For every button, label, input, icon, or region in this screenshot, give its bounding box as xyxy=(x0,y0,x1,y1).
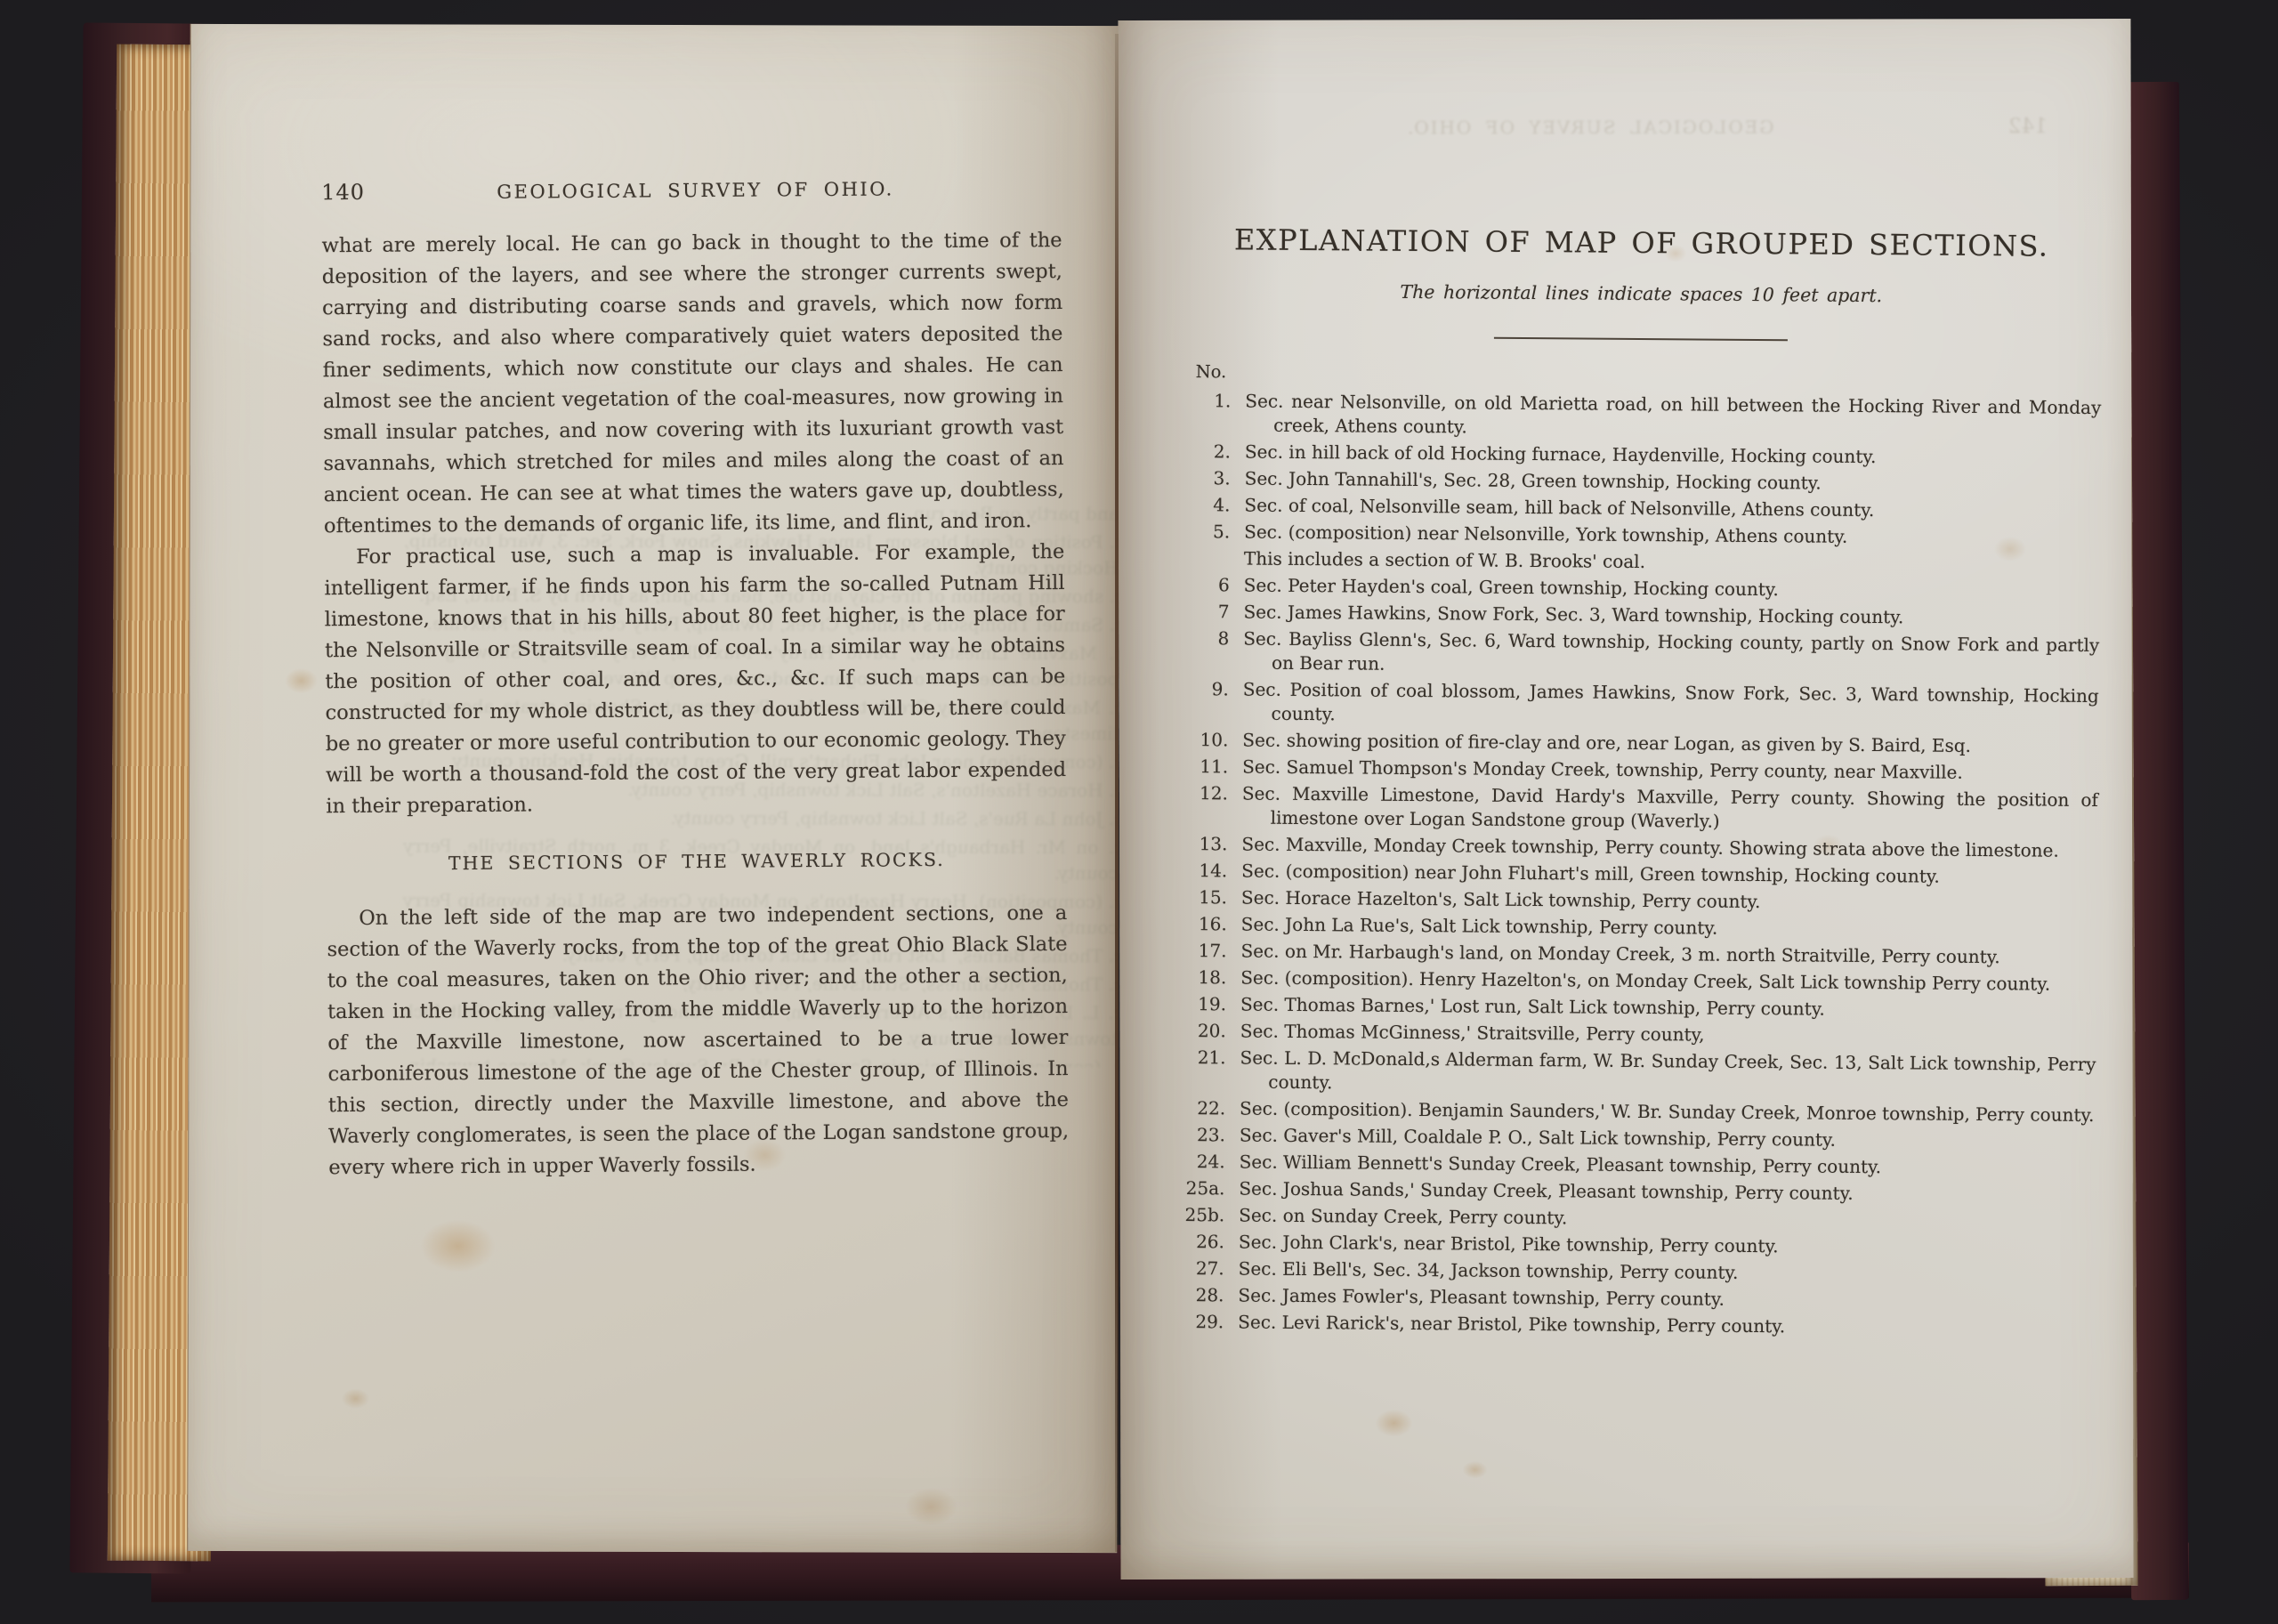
item-text: Sec. (composition). Henry Hazelton's, on… xyxy=(1240,966,2096,997)
item-text: Sec. L. D. McDonald,s Alderman farm, W. … xyxy=(1240,1046,2096,1101)
item-text: Sec. Joshua Sands,' Sunday Creek, Pleasa… xyxy=(1239,1176,2095,1208)
item-number: 4. xyxy=(1178,493,1230,517)
item-number: 6 xyxy=(1178,573,1230,597)
item-number: 23. xyxy=(1174,1123,1225,1147)
item-number: 13. xyxy=(1175,832,1227,856)
item-text: Sec. on Sunday Creek, Perry county. xyxy=(1239,1203,2095,1234)
item-number xyxy=(1178,546,1230,570)
item-number: 14. xyxy=(1175,859,1227,883)
item-text: Sec. Maxville Limestone, David Hardy's M… xyxy=(1242,781,2098,836)
list-item: 3. Sec. John Tannahill's, Sec. 28, Green… xyxy=(1179,466,2101,497)
paragraph: On the left side of the map are two inde… xyxy=(327,898,1069,1184)
list-item: 28. Sec. James Fowler's, Pleasant townsh… xyxy=(1172,1283,2094,1314)
list-item: 26. Sec. John Clark's, near Bristol, Pik… xyxy=(1173,1230,2095,1261)
list-item: 5. Sec. (composition) near Nelsonville, … xyxy=(1178,520,2100,551)
ghost-running-head: GEOLOGICAL SURVEY OF OHIO. xyxy=(1172,116,2008,139)
book-gutter xyxy=(1115,34,1119,1552)
item-number: 29. xyxy=(1172,1310,1224,1334)
item-number: 27. xyxy=(1173,1256,1224,1281)
item-number: 28. xyxy=(1172,1283,1224,1307)
item-number: 22. xyxy=(1174,1096,1225,1120)
paragraph: For practical use, such a map is invalua… xyxy=(324,537,1066,822)
item-number: 20. xyxy=(1175,1019,1226,1043)
list-item: 21. Sec. L. D. McDonald,s Alderman farm,… xyxy=(1174,1046,2096,1101)
list-item: 24. Sec. William Bennett's Sunday Creek,… xyxy=(1174,1150,2096,1181)
item-text: Sec. John Clark's, near Bristol, Pike to… xyxy=(1239,1230,2095,1261)
item-text: Sec. in hill back of old Hocking furnace… xyxy=(1245,440,2101,472)
map-explanation-subtitle: The horizontal lines indicate spaces 10 … xyxy=(1180,279,2102,310)
item-text: Sec. (composition). Benjamin Saunders,' … xyxy=(1240,1096,2096,1127)
list-item: This includes a section of W. B. Brooks'… xyxy=(1178,546,2100,578)
item-number: 1. xyxy=(1179,389,1231,437)
list-item: 14. Sec. (composition) near John Fluhart… xyxy=(1175,859,2097,890)
list-item: 19. Sec. Thomas Barnes,' Lost run, Salt … xyxy=(1175,992,2096,1023)
item-number: 3. xyxy=(1179,466,1231,490)
list-item: 7 Sec. James Hawkins, Snow Fork, Sec. 3,… xyxy=(1177,600,2099,631)
item-number: 24. xyxy=(1174,1150,1225,1174)
list-item: 16. Sec. John La Rue's, Salt Lick townsh… xyxy=(1175,912,2097,943)
item-text: Sec. (composition) near John Fluhart's m… xyxy=(1241,859,2097,890)
item-text: Sec. Horace Hazelton's, Salt Lick townsh… xyxy=(1241,885,2097,917)
item-number: 19. xyxy=(1175,992,1226,1016)
page-number: 140 xyxy=(321,177,365,208)
item-text: Sec. James Hawkins, Snow Fork, Sec. 3, W… xyxy=(1243,600,2099,631)
item-number: 18. xyxy=(1175,966,1226,990)
item-text: Sec. on Mr. Harbaugh's land, on Monday C… xyxy=(1240,939,2096,970)
list-item: 10. Sec. showing position of fire-clay a… xyxy=(1176,728,2098,759)
right-page-text-block: EXPLANATION OF MAP OF GROUPED SECTIONS. … xyxy=(1172,228,2103,1344)
list-item: 9. Sec. Position of coal blossom, James … xyxy=(1176,677,2098,732)
item-text: Sec. Thomas Barnes,' Lost run, Salt Lick… xyxy=(1240,992,2096,1023)
map-explanation-title: EXPLANATION OF MAP OF GROUPED SECTIONS. xyxy=(1181,228,2103,259)
item-text: Sec. Position of coal blossom, James Haw… xyxy=(1242,677,2098,732)
item-number: 10. xyxy=(1176,728,1228,752)
list-item: 23. Sec. Gaver's Mill, Coaldale P. O., S… xyxy=(1174,1123,2096,1154)
item-text: Sec. Bayliss Glenn's, Sec. 6, Ward towns… xyxy=(1243,626,2099,682)
item-text: This includes a section of W. B. Brooks'… xyxy=(1244,546,2100,578)
item-number: 9. xyxy=(1176,677,1228,725)
list-item: 25a. Sec. Joshua Sands,' Sunday Creek, P… xyxy=(1173,1176,2095,1208)
item-number: 12. xyxy=(1176,781,1228,829)
item-text: Sec. Samuel Thompson's Monday Creek, tow… xyxy=(1242,755,2098,786)
book-photo-scene: 1. Sec. near Nelsonville, on old Mariett… xyxy=(0,0,2278,1624)
left-page: 1. Sec. near Nelsonville, on old Mariett… xyxy=(187,24,1120,1553)
running-head: GEOLOGICAL SURVEY OF OHIO. xyxy=(365,173,1062,209)
item-text: Sec. (composition) near Nelsonville, Yor… xyxy=(1244,520,2100,551)
item-number: 8 xyxy=(1177,626,1229,675)
item-number: 5. xyxy=(1178,520,1230,544)
item-text: Sec. showing position of fire-clay and o… xyxy=(1242,728,2098,759)
item-text: Sec. Maxville, Monday Creek township, Pe… xyxy=(1241,832,2097,863)
item-number: 25b. xyxy=(1173,1203,1224,1227)
list-item: 4. Sec. of coal, Nelsonville seam, hill … xyxy=(1178,493,2100,524)
item-number: 17. xyxy=(1175,939,1226,963)
list-item: 20. Sec. Thomas McGinness,' Straitsville… xyxy=(1175,1019,2096,1050)
divider-rule xyxy=(1494,337,1788,342)
list-item: 18. Sec. (composition). Henry Hazelton's… xyxy=(1175,966,2096,997)
item-number: 11. xyxy=(1176,755,1228,779)
list-label: No. xyxy=(1196,360,2102,391)
list-item: 13. Sec. Maxville, Monday Creek township… xyxy=(1175,832,2097,863)
item-text: Sec. of coal, Nelsonville seam, hill bac… xyxy=(1244,494,2100,525)
left-page-text-block: 140 GEOLOGICAL SURVEY OF OHIO. what are … xyxy=(321,172,1069,1184)
item-text: Sec. William Bennett's Sunday Creek, Ple… xyxy=(1240,1150,2096,1181)
list-item: 15. Sec. Horace Hazelton's, Salt Lick to… xyxy=(1175,885,2097,917)
item-number: 15. xyxy=(1175,885,1227,909)
item-text: Sec. near Nelsonville, on old Marietta r… xyxy=(1245,390,2101,445)
item-text: Sec. Thomas McGinness,' Straitsville, Pe… xyxy=(1240,1019,2096,1050)
item-number: 16. xyxy=(1175,912,1227,936)
right-page: 142 GEOLOGICAL SURVEY OF OHIO. EXPLANATI… xyxy=(1118,19,2133,1580)
list-item: 27. Sec. Eli Bell's, Sec. 34, Jackson to… xyxy=(1173,1256,2095,1288)
item-number: 26. xyxy=(1173,1230,1224,1254)
list-item: 11. Sec. Samuel Thompson's Monday Creek,… xyxy=(1176,755,2098,786)
item-number: 25a. xyxy=(1173,1176,1224,1200)
list-item: 17. Sec. on Mr. Harbaugh's land, on Mond… xyxy=(1175,939,2096,970)
list-item: 2. Sec. in hill back of old Hocking furn… xyxy=(1179,440,2101,471)
item-text: Sec. John La Rue's, Salt Lick township, … xyxy=(1241,912,2097,943)
left-page-header: 140 GEOLOGICAL SURVEY OF OHIO. xyxy=(321,172,1062,209)
list-item: 8 Sec. Bayliss Glenn's, Sec. 6, Ward tow… xyxy=(1177,626,2099,682)
list-item: 1. Sec. near Nelsonville, on old Mariett… xyxy=(1179,389,2101,444)
item-number: 7 xyxy=(1177,600,1229,624)
list-item: 29. Sec. Levi Rarick's, near Bristol, Pi… xyxy=(1172,1310,2094,1341)
list-item: 25b. Sec. on Sunday Creek, Perry county. xyxy=(1173,1203,2095,1234)
list-item: 22. Sec. (composition). Benjamin Saunder… xyxy=(1174,1096,2096,1127)
item-number: 21. xyxy=(1174,1046,1225,1094)
section-heading: THE SECTIONS OF THE WAVERLY ROCKS. xyxy=(327,844,1067,880)
item-number: 2. xyxy=(1179,440,1231,464)
item-text: Sec. Levi Rarick's, near Bristol, Pike t… xyxy=(1238,1310,2094,1341)
paragraph: what are merely local. He can go back in… xyxy=(321,225,1064,542)
right-page-showthrough-header: 142 GEOLOGICAL SURVEY OF OHIO. xyxy=(1172,115,2071,140)
item-text: Sec. Gaver's Mill, Coaldale P. O., Salt … xyxy=(1240,1123,2096,1154)
item-text: Sec. Peter Hayden's coal, Green township… xyxy=(1244,573,2100,604)
list-item: 6 Sec. Peter Hayden's coal, Green townsh… xyxy=(1178,573,2100,604)
item-text: Sec. Eli Bell's, Sec. 34, Jackson townsh… xyxy=(1239,1256,2095,1288)
grouped-sections-list: 1. Sec. near Nelsonville, on old Mariett… xyxy=(1172,389,2101,1341)
item-text: Sec. James Fowler's, Pleasant township, … xyxy=(1238,1283,2094,1314)
ghost-page-number: 142 xyxy=(2008,115,2048,138)
list-item: 12. Sec. Maxville Limestone, David Hardy… xyxy=(1176,781,2098,836)
item-text: Sec. John Tannahill's, Sec. 28, Green to… xyxy=(1245,467,2101,498)
